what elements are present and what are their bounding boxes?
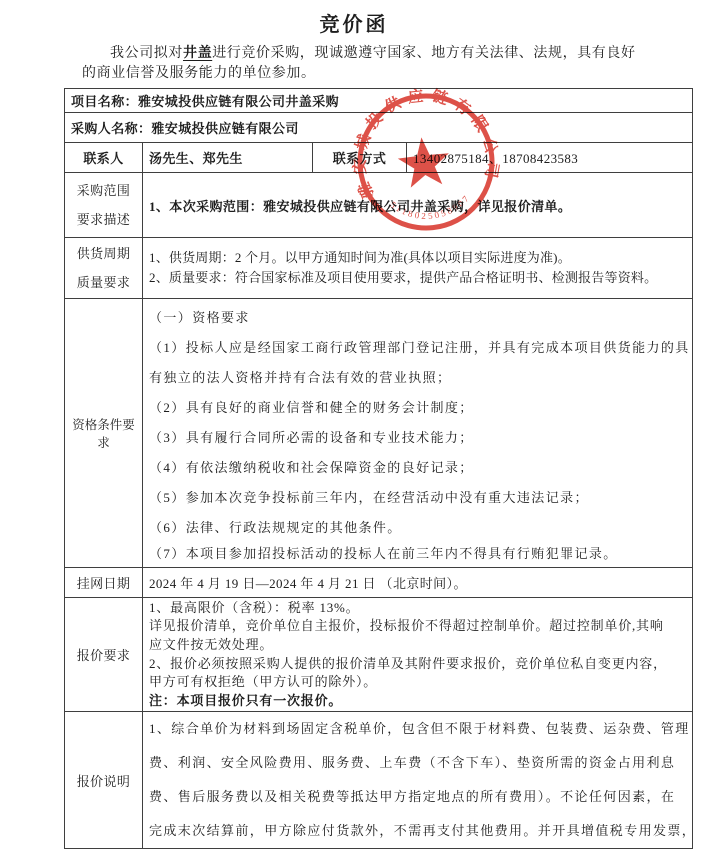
qualification-line: （3）具有履行合同所必需的设备和专业技术能力； [149,423,686,453]
supply-line: 2、质量要求：符合国家标准及项目使用要求，提供产品合格证明书、检测报告等资料。 [149,268,686,288]
supply-line: 1、供货周期：2 个月。以甲方通知时间为准(具体以项目实际进度为准)。 [149,248,686,268]
table-row: 采购范围 要求描述 1、本次采购范围：雅安城投供应链有限公司井盖采购，详见报价清… [65,173,693,238]
table-row: 报价要求 1、最高限价（含税）：税率 13%。 详见报价清单，竞价单位自主报价，… [65,598,693,712]
scope-label-line2: 要求描述 [71,205,136,234]
qualification-label: 资格条件要求 [65,299,143,568]
scope-label-line1: 采购范围 [71,176,136,205]
table-row: 联系人 汤先生、郑先生 联系方式 13402875184、18708423583 [65,143,693,173]
intro-line-2: 的商业信誉及服务能力的单位参加。 [82,64,644,84]
contact-phone-label: 联系方式 [313,143,407,173]
document-title: 竞价函 [0,12,708,38]
intro-text: 我公司拟对 [110,46,183,61]
quote-note-line: 费、售后服务费以及相关税费等抵达甲方指定地点的所有费用）。不论任何因素，在 [149,780,686,814]
table-row: 供货周期 质量要求 1、供货周期：2 个月。以甲方通知时间为准(具体以项目实际进… [65,238,693,299]
quote-requirement-line: 1、最高限价（含税）：税率 13%。 [149,599,686,618]
scope-content: 1、本次采购范围：雅安城投供应链有限公司井盖采购，详见报价清单。 [143,173,693,238]
qualification-line: （5）参加本次竞争投标前三年内，在经营活动中没有重大违法记录； [149,483,686,513]
table-row: 采购人名称：雅安城投供应链有限公司 [65,113,693,143]
table-row: 挂网日期 2024 年 4 月 19 日—2024 年 4 月 21 日 （北京… [65,568,693,598]
qualification-line: （一）资格要求 [149,303,686,333]
supply-label: 供货周期 质量要求 [65,238,143,299]
supply-label-line2: 质量要求 [71,268,136,297]
subject-underlined-text: 井盖 [183,46,212,61]
qualification-line: 有独立的法人资格并持有合法有效的营业执照； [149,363,686,393]
quote-requirement-note: 注：本项目报价只有一次报价。 [149,692,686,711]
qualification-line: （7）本项目参加招投标活动的投标人在前三年内不得具有行贿犯罪记录。 [149,543,686,564]
table-row: 资格条件要求 （一）资格要求 （1）投标人应是经国家工商行政管理部门登记注册，并… [65,299,693,568]
contact-phones: 13402875184、18708423583 [407,143,693,173]
purchaser-name-cell: 采购人名称：雅安城投供应链有限公司 [65,113,693,143]
quote-requirements-label: 报价要求 [65,598,143,712]
supply-label-line1: 供货周期 [71,239,136,268]
contact-names: 汤先生、郑先生 [143,143,313,173]
quote-requirement-line: 详见报价清单，竞价单位自主报价，投标报价不得超过控制单价。超过控制单价,其响 [149,617,686,636]
intro-line-1: 我公司拟对井盖进行竞价采购，现诚邀遵守国家、地方有关法律、法规，具有良好 [82,44,644,64]
table-row: 项目名称：雅安城投供应链有限公司井盖采购 [65,89,693,113]
document-page: 竞价函 我公司拟对井盖进行竞价采购，现诚邀遵守国家、地方有关法律、法规，具有良好… [0,12,708,849]
qualification-line: （1）投标人应是经国家工商行政管理部门登记注册，并具有完成本项目供货能力的具 [149,333,686,363]
quote-requirement-line: 应文件按无效处理。 [149,636,686,655]
qualification-content: （一）资格要求 （1）投标人应是经国家工商行政管理部门登记注册，并具有完成本项目… [143,299,693,568]
qualification-line: （6）法律、行政法规规定的其他条件。 [149,513,686,543]
qualification-line: （4）有依法缴纳税收和社会保障资金的良好记录； [149,453,686,483]
table-row: 报价说明 1、综合单价为材料到场固定含税单价，包含但不限于材料费、包装费、运杂费… [65,712,693,849]
bid-table: 项目名称：雅安城投供应链有限公司井盖采购 采购人名称：雅安城投供应链有限公司 联… [64,88,693,849]
contact-label: 联系人 [65,143,143,173]
supply-content: 1、供货周期：2 个月。以甲方通知时间为准(具体以项目实际进度为准)。 2、质量… [143,238,693,299]
publish-date-label: 挂网日期 [65,568,143,598]
publish-date-content: 2024 年 4 月 19 日—2024 年 4 月 21 日 （北京时间）。 [143,568,693,598]
qualification-line: （2）具有良好的商业信誉和健全的财务会计制度； [149,393,686,423]
quote-note-line: 1、综合单价为材料到场固定含税单价，包含但不限于材料费、包装费、运杂费、管理 [149,712,686,746]
scope-label: 采购范围 要求描述 [65,173,143,238]
project-name-cell: 项目名称：雅安城投供应链有限公司井盖采购 [65,89,693,113]
quote-requirement-line: 2、报价必须按照采购人提供的报价清单及其附件要求报价，竞价单位私自变更内容， [149,655,686,674]
intro-paragraph: 我公司拟对井盖进行竞价采购，现诚邀遵守国家、地方有关法律、法规，具有良好 的商业… [82,44,644,84]
quote-note-line: 完成末次结算前，甲方除应付货款外，不需再支付其他费用。并开具增值税专用发票， [149,814,686,848]
quote-notes-content: 1、综合单价为材料到场固定含税单价，包含但不限于材料费、包装费、运杂费、管理 费… [143,712,693,849]
quote-note-line: 费、利润、安全风险费用、服务费、上车费（不含下车）、垫资所需的资金占用利息 [149,746,686,780]
quote-notes-label: 报价说明 [65,712,143,849]
quote-requirement-line: 甲方可有权拒绝（甲方认可的除外）。 [149,673,686,692]
intro-text-cont: 进行竞价采购，现诚邀遵守国家、地方有关法律、法规，具有良好 [212,46,635,61]
quote-requirements-content: 1、最高限价（含税）：税率 13%。 详见报价清单，竞价单位自主报价，投标报价不… [143,598,693,712]
